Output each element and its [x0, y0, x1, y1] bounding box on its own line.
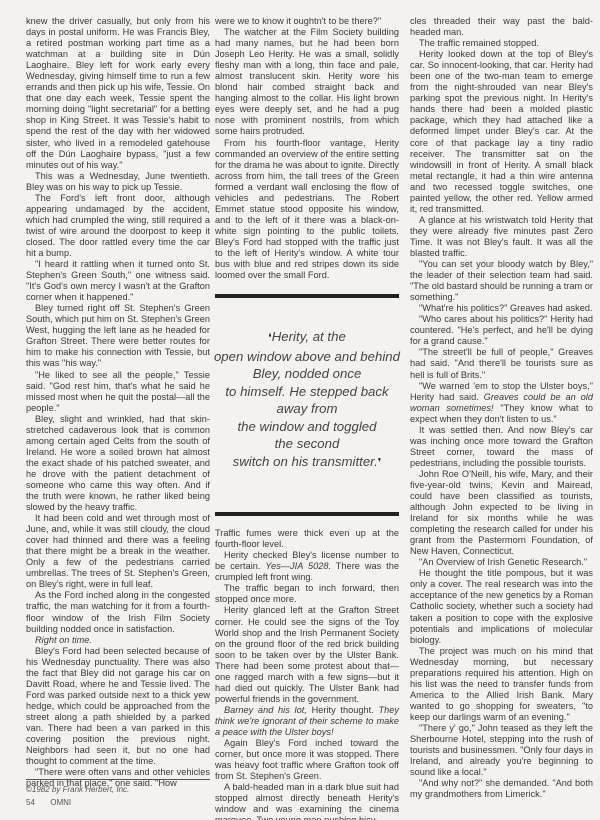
pull-quote-line: open window above and behind: [211, 348, 403, 366]
paragraph: "He liked to see all the people," Tessie…: [26, 370, 210, 414]
pull-quote-line: ❛Herity, at the: [211, 328, 403, 348]
paragraph: The traffic remained stopped.: [410, 38, 593, 49]
paragraph: Herity glanced left at the Grafton Stree…: [215, 605, 399, 704]
paragraph: "The street'll be full of people," Greav…: [410, 347, 593, 380]
paragraph: The project was much on his mind that We…: [410, 646, 593, 723]
paragraph: This was a Wednesday, June twentieth. Bl…: [26, 171, 210, 193]
paragraph: "We warned 'em to stop the Ulster boys,"…: [410, 381, 593, 425]
paragraph: A bald-headed man in a dark blue suit ha…: [215, 782, 399, 820]
paragraph: The traffic began to inch forward, then …: [215, 583, 399, 605]
paragraph: John Roe O'Neill, his wife, Mary, and th…: [410, 469, 593, 557]
paragraph: Herity checked Bley's license number to …: [215, 550, 399, 583]
close-quote-icon: ❜: [378, 457, 382, 469]
paragraph: He thought the title pompous, but it was…: [410, 568, 593, 645]
paragraph: Bley's Ford had been selected because of…: [26, 646, 210, 768]
paragraph: Bley turned right off St. Stephen's Gree…: [26, 303, 210, 369]
magazine-name: OMNI: [50, 798, 71, 807]
pull-quote-line: switch on his transmitter.❜: [211, 453, 403, 473]
paragraph: Bley, slight and wrinkled, had that skin…: [26, 414, 210, 513]
pull-quote-line: the second: [211, 435, 403, 453]
paragraph: "What're his politics?" Greaves had aske…: [410, 303, 593, 314]
pull-quote-top-rule: [215, 294, 399, 298]
paragraph: The Ford's left front door, although app…: [26, 193, 210, 259]
paragraph: knew the driver casually, but only from …: [26, 16, 210, 171]
paragraph: It was settled then. And now Bley's car …: [410, 425, 593, 469]
paragraph: As the Ford inched along in the congeste…: [26, 590, 210, 634]
paragraph: "And why not?" she demanded. "And both m…: [410, 778, 593, 800]
paragraph: "An Overview of Irish Genetic Research.": [410, 557, 593, 568]
paragraph: From his fourth-floor vantage, Herity co…: [215, 138, 399, 282]
page-number: 54: [26, 798, 48, 807]
paragraph: "I heard it rattling when it turned onto…: [26, 259, 210, 303]
paragraph: Again Bley's Ford inched toward the corn…: [215, 738, 399, 782]
paragraph: It had been cold and wet through most of…: [26, 513, 210, 590]
paragraph: A glance at his wristwatch told Herity t…: [410, 215, 593, 259]
copyright-notice: ©1982 by Frank Herbert, Inc.: [26, 785, 129, 794]
italic-thought: Right on time.: [26, 635, 210, 646]
footnote-divider: [26, 779, 210, 780]
page-folio: 54 OMNI: [26, 798, 71, 807]
paragraph: "You can set your bloody watch by Bley,"…: [410, 259, 593, 303]
paragraph: "There y' go," John teased as they left …: [410, 723, 593, 778]
pull-quote-bottom-rule: [215, 512, 399, 516]
paragraph: were we to know it oughtn't to be there?…: [215, 16, 399, 27]
paragraph: The watcher at the Film Society building…: [215, 27, 399, 137]
column-2: were we to know it oughtn't to be there?…: [215, 16, 399, 820]
column-3: cles threaded their way past the bald-he…: [410, 16, 593, 800]
italic-text: Right on time.: [35, 635, 92, 645]
paragraph: cles threaded their way past the bald-he…: [410, 16, 593, 38]
paragraph: Herity looked down at the top of Bley's …: [410, 49, 593, 215]
pull-quote-line: the window and toggled: [211, 418, 403, 436]
column-1: knew the driver casually, but only from …: [26, 16, 210, 789]
pull-quote-line: away from: [211, 400, 403, 418]
pull-quote-line: to himself. He stepped back: [211, 383, 403, 401]
paragraph: Barney and his lot, Herity thought. They…: [215, 705, 399, 738]
pull-quote-line: Bley, nodded once: [211, 365, 403, 383]
pull-quote: ❛Herity, at the open window above and be…: [211, 328, 403, 472]
paragraph: Traffic fumes were thick even up at the …: [215, 528, 399, 550]
paragraph: "Who cares about his politics?" Herity h…: [410, 314, 593, 347]
